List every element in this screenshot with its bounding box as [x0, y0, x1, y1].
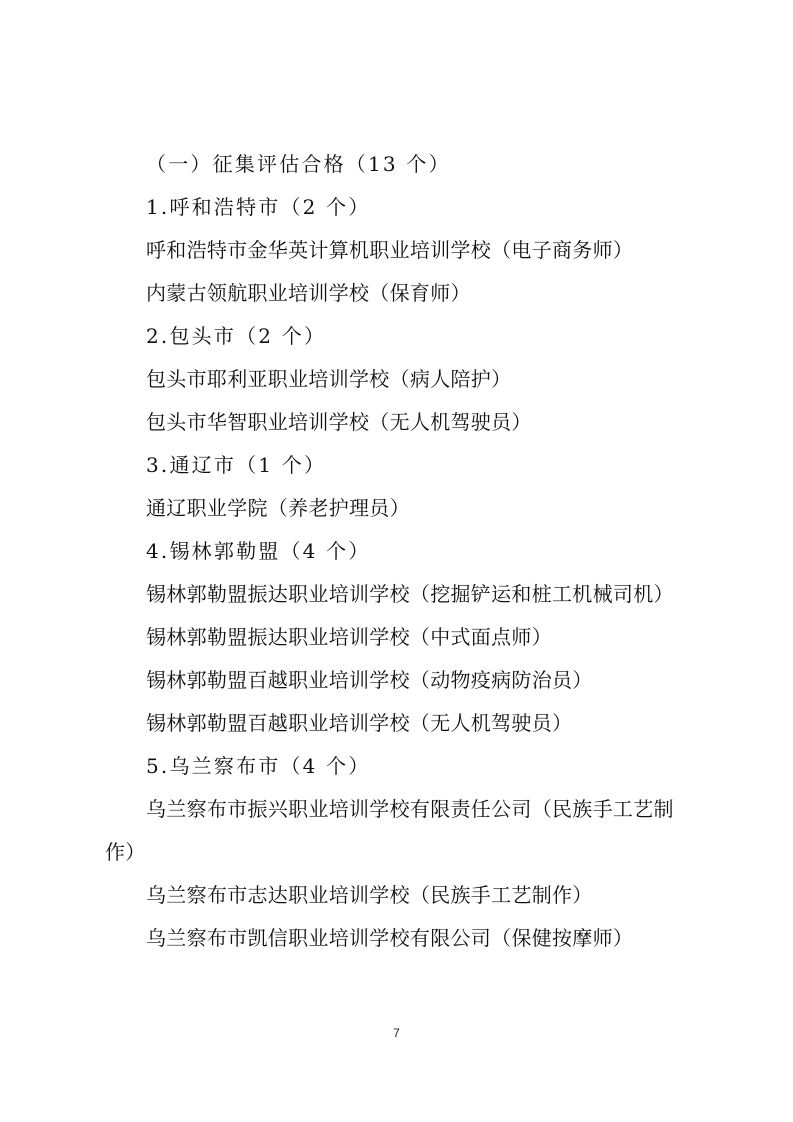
document-page: （一）征集评估合格（13 个） 1.呼和浩特市（2 个） 呼和浩特市金华英计算机…	[0, 0, 793, 1122]
group-heading-hohhot: 1.呼和浩特市（2 个）	[146, 193, 371, 221]
list-item: 乌兰察布市志达职业培训学校（民族手工艺制作）	[146, 881, 593, 909]
list-item: 包头市耶利亚职业培训学校（病人陪护）	[146, 365, 511, 393]
section-title: （一）征集评估合格（13 个）	[146, 150, 451, 178]
group-heading-tongliao: 3.通辽市（1 个）	[146, 451, 326, 479]
list-item: 呼和浩特市金华英计算机职业培训学校（电子商务师）	[146, 236, 633, 264]
group-heading-xilingol: 4.锡林郭勒盟（4 个）	[146, 537, 371, 565]
group-heading-baotou: 2.包头市（2 个）	[146, 322, 326, 350]
list-item-continuation: 作）	[105, 838, 146, 866]
group-heading-ulanqab: 5.乌兰察布市（4 个）	[146, 752, 371, 780]
page-number: 7	[0, 1026, 793, 1040]
list-item: 乌兰察布市凯信职业培训学校有限公司（保健按摩师）	[146, 924, 633, 952]
list-item: 锡林郭勒盟振达职业培训学校（挖掘铲运和桩工机械司机）	[146, 580, 674, 608]
list-item: 内蒙古领航职业培训学校（保育师）	[146, 279, 471, 307]
list-item: 乌兰察布市振兴职业培训学校有限责任公司（民族手工艺制	[146, 795, 674, 823]
list-item: 包头市华智职业培训学校（无人机驾驶员）	[146, 408, 532, 436]
list-item: 锡林郭勒盟百越职业培训学校（无人机驾驶员）	[146, 709, 572, 737]
list-item: 通辽职业学院（养老护理员）	[146, 494, 410, 522]
list-item: 锡林郭勒盟振达职业培训学校（中式面点师）	[146, 623, 552, 651]
list-item: 锡林郭勒盟百越职业培训学校（动物疫病防治员）	[146, 666, 593, 694]
